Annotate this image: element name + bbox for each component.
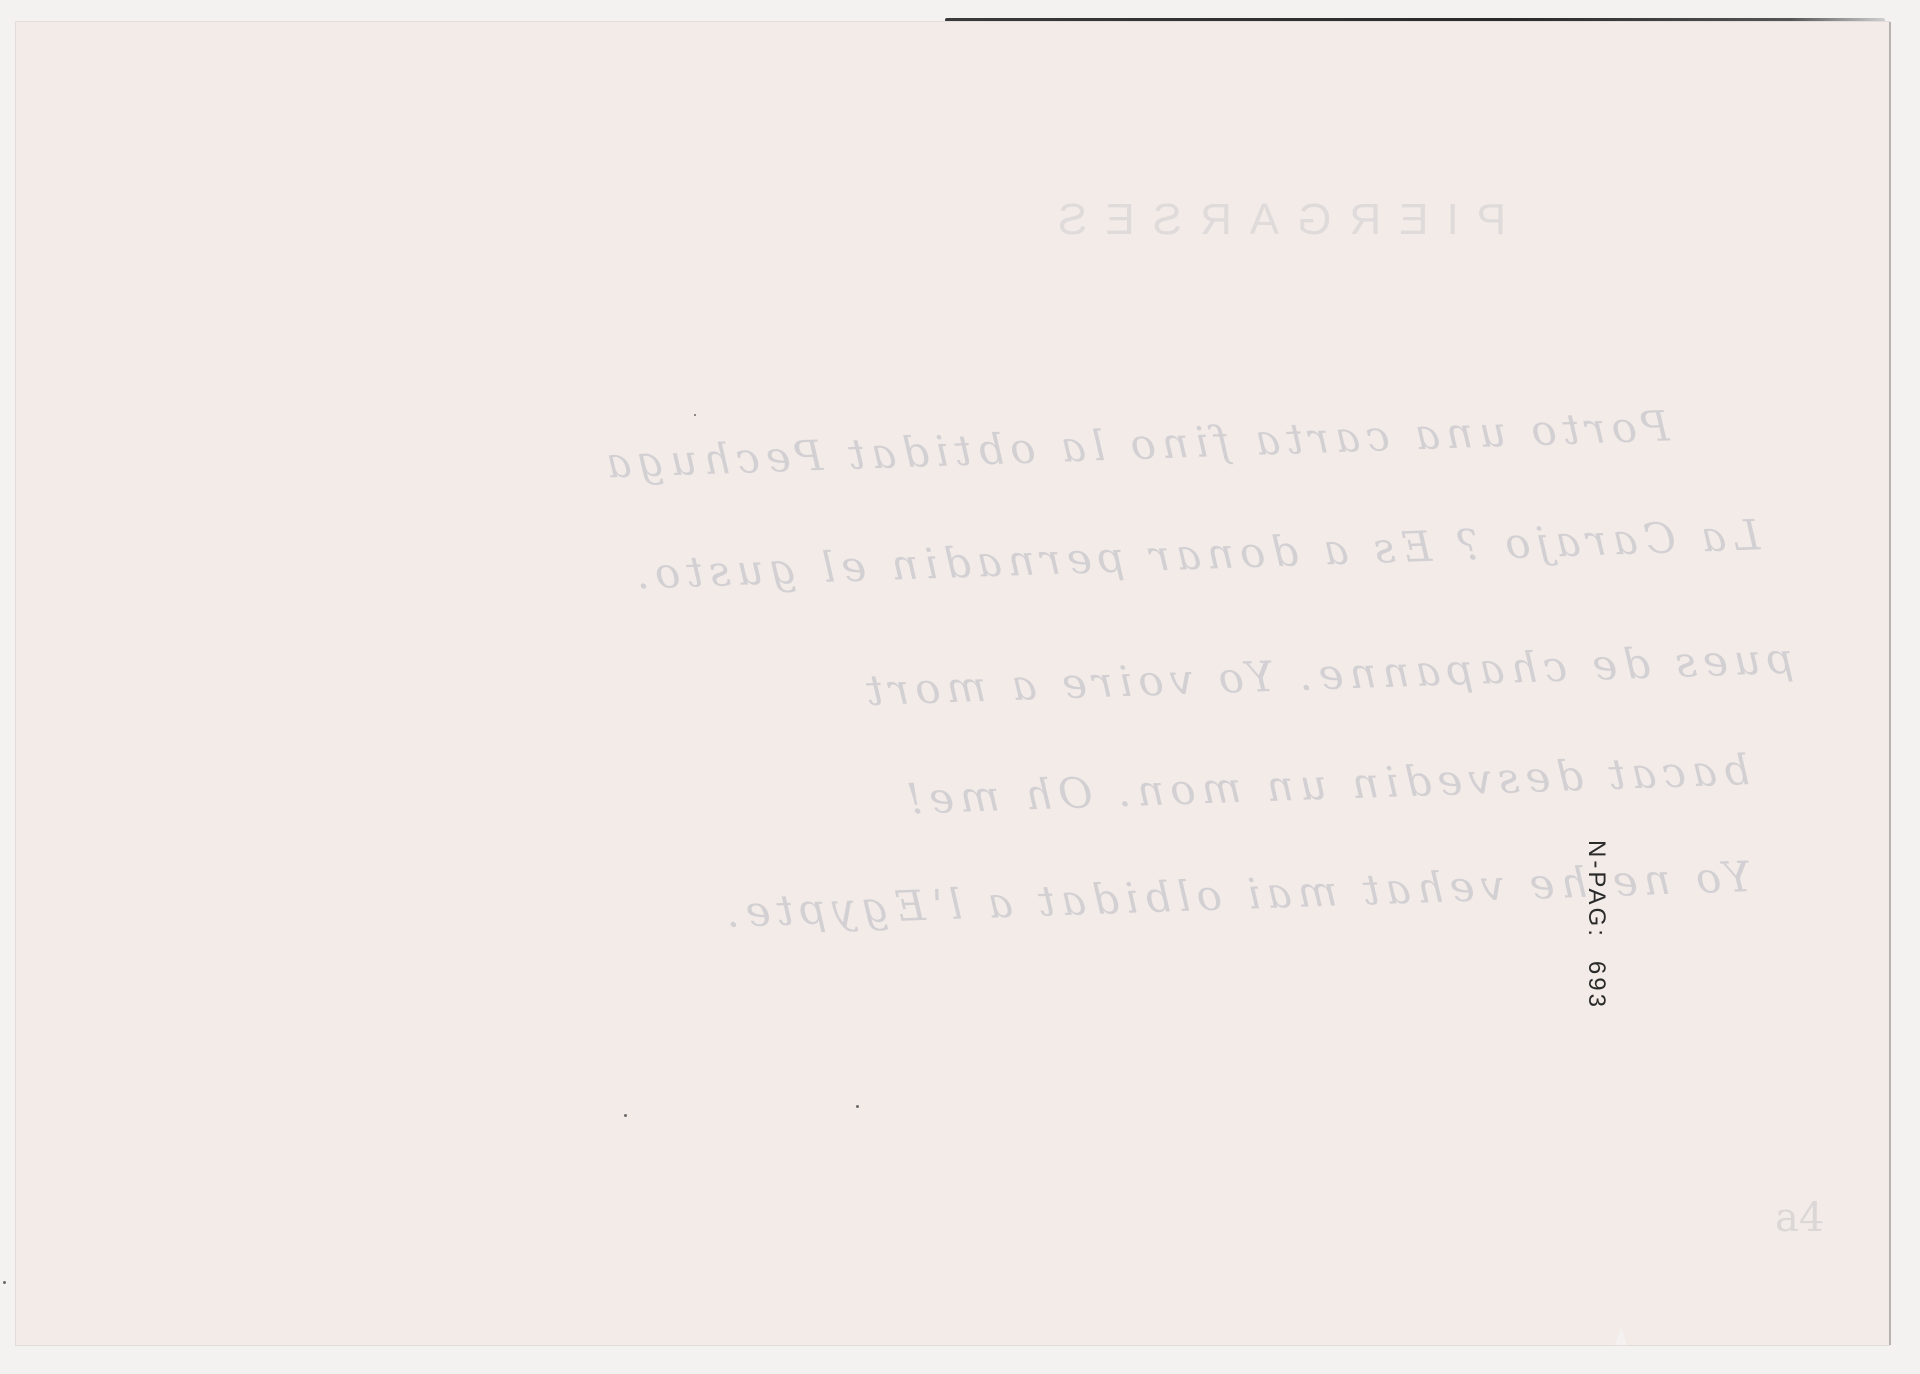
paper-notch [1615, 1327, 1627, 1345]
stamp-label: N-PAG: [1583, 840, 1610, 939]
dust-speck [624, 1114, 627, 1117]
dust-speck [856, 1105, 859, 1108]
dust-speck [694, 414, 696, 416]
corner-mark: a4 [1775, 1195, 1824, 1241]
stamp-value: 693 [1583, 961, 1610, 1010]
show-through-heading: PIERGARSES [1040, 195, 1506, 245]
sheet-right-edge [1889, 22, 1891, 1345]
dust-speck [3, 1281, 6, 1284]
page-number-stamp: N-PAG:693 [1582, 840, 1610, 1010]
